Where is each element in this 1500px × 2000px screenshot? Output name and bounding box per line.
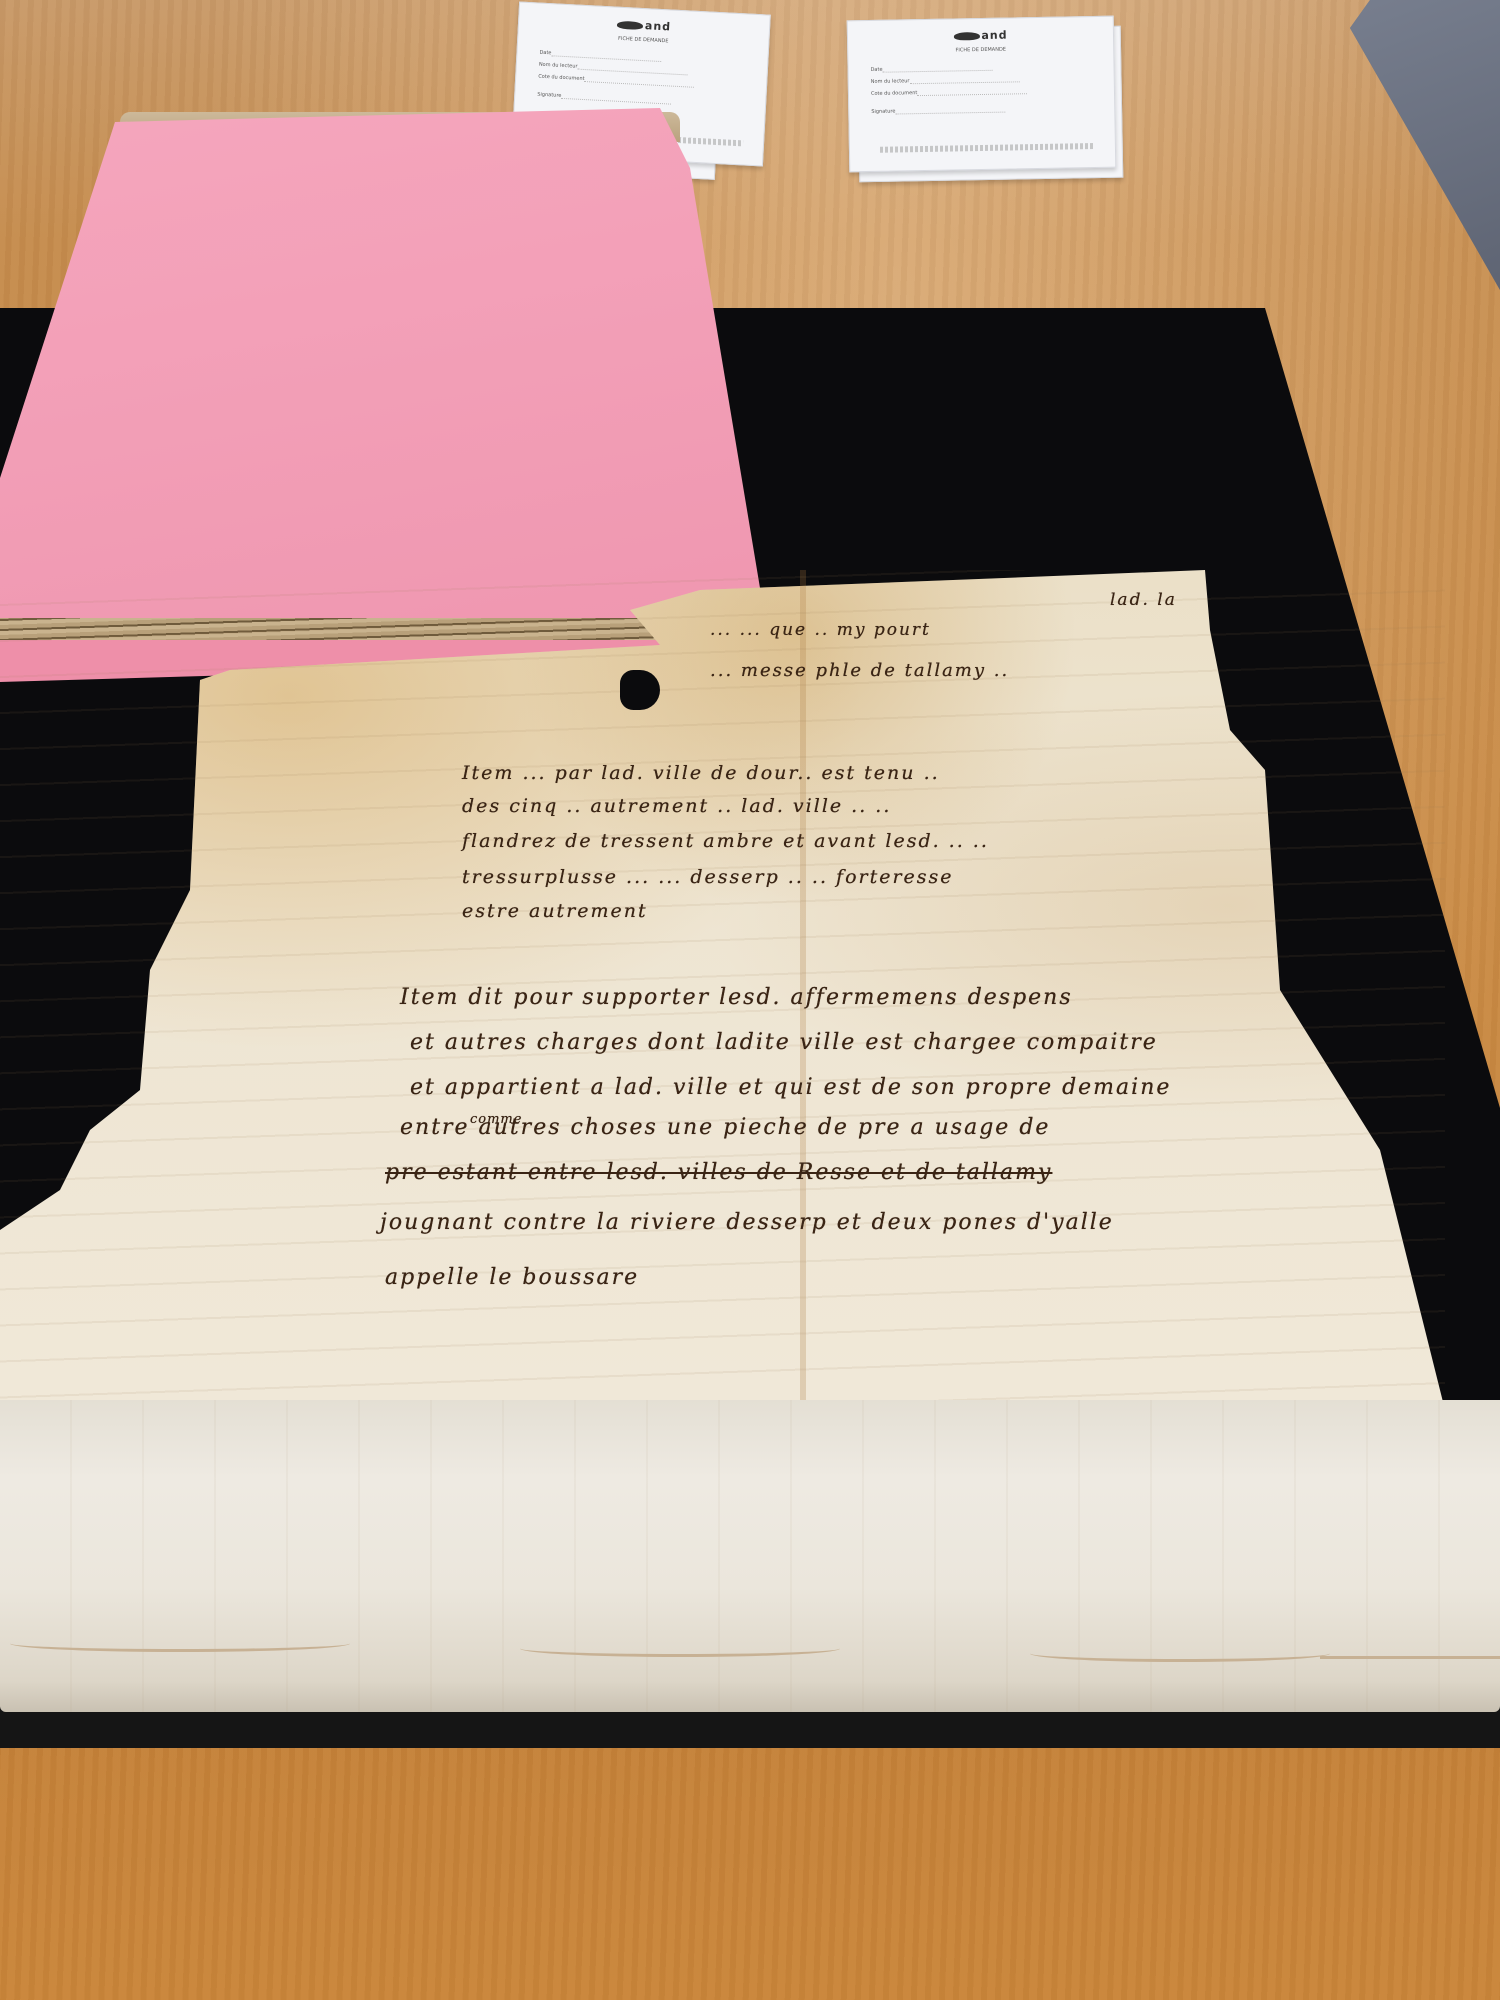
- manuscript-line: estre autrement: [462, 900, 648, 922]
- manuscript-line: flandrez de tressent ambre et avant lesd…: [462, 830, 989, 852]
- pink-archival-folder[interactable]: [0, 108, 775, 618]
- request-slip[interactable]: and FICHE DE DEMANDE Date Nom du lecteur…: [847, 16, 1117, 173]
- rolled-scroll[interactable]: [0, 1400, 1500, 1712]
- manuscript-line: ... messe phle de tallamy ..: [710, 660, 1009, 681]
- slip-field-reference: Cote du document: [538, 74, 585, 82]
- slip-field-reference: Cote du document: [871, 90, 917, 97]
- institution-logo: and: [617, 18, 672, 34]
- manuscript-line: jougnant contre la riviere desserp et de…: [380, 1210, 1114, 1235]
- parchment-tear: [620, 670, 660, 710]
- manuscript-line: des cinq .. autrement .. lad. ville .. .…: [462, 795, 891, 817]
- slip-field-date: Date: [871, 67, 883, 73]
- manuscript-line: lad. la: [1110, 590, 1177, 610]
- slip-fine-print: [880, 143, 1095, 153]
- institution-logo: and: [953, 29, 1007, 43]
- slip-field-date: Date: [539, 50, 551, 57]
- manuscript-interlinear-note: comme: [470, 1112, 522, 1127]
- manuscript-line: et appartient a lad. ville et qui est de…: [410, 1075, 1171, 1100]
- slip-title: FICHE DE DEMANDE: [518, 31, 768, 50]
- manuscript-line: Item ... par lad. ville de dour.. est te…: [462, 762, 940, 784]
- manuscript-line: tressurplusse ... ... desserp .. .. fort…: [462, 866, 954, 888]
- slip-title: FICHE DE DEMANDE: [848, 45, 1113, 56]
- binding-thread: [1030, 1645, 1330, 1662]
- manuscript-line: Item dit pour supporter lesd. affermemen…: [400, 985, 1073, 1010]
- manuscript-line: et autres charges dont ladite ville est …: [410, 1030, 1158, 1055]
- manuscript-line: ... ... que .. my pourt: [710, 620, 931, 640]
- slip-field-signature: Signature: [537, 92, 561, 99]
- slip-field-signature: Signature: [871, 109, 895, 115]
- slip-field-reader: Nom du lecteur: [871, 78, 910, 85]
- manuscript-line-struck: pre estant entre lesd. villes de Resse e…: [385, 1160, 1052, 1185]
- binding-thread: [520, 1640, 840, 1657]
- manuscript-line: appelle le boussare: [385, 1265, 639, 1290]
- slip-field-reader: Nom du lecteur: [539, 62, 578, 70]
- binding-thread: [10, 1635, 350, 1652]
- roll-texture: [0, 1400, 1500, 1712]
- binding-thread: [1320, 1642, 1500, 1659]
